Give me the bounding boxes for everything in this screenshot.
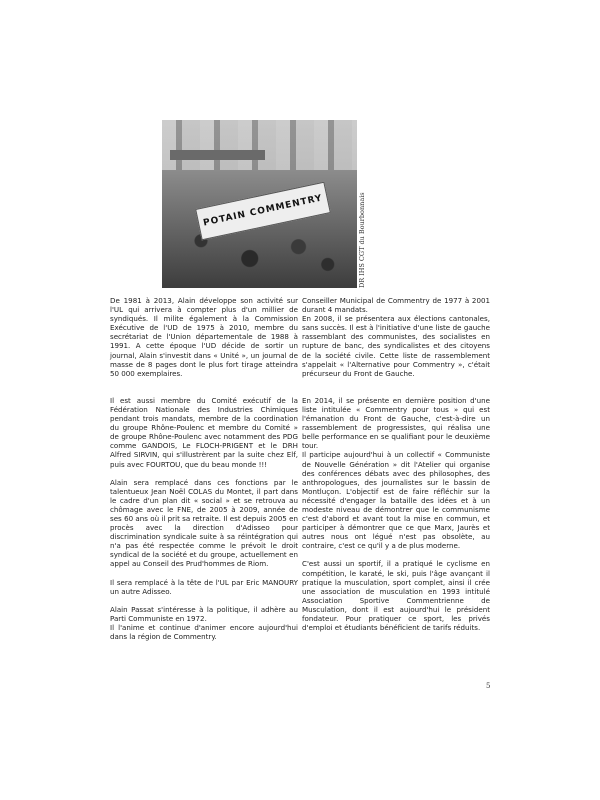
- photo-buildings: [162, 120, 357, 175]
- paragraph: Il sera remplacé à la tête de l'UL par E…: [110, 578, 298, 596]
- paragraph: En 2014, il se présente en dernière posi…: [302, 396, 490, 451]
- demonstration-photo: POTAIN COMMENTRY: [162, 120, 357, 288]
- photo-awning: [170, 150, 265, 160]
- paragraph: Conseiller Municipal de Commentry de 197…: [302, 296, 490, 314]
- paragraph: Alain Passat s'intéresse à la politique,…: [110, 605, 298, 623]
- paragraph: C'est aussi un sportif, il a pratiqué le…: [302, 559, 490, 632]
- photo-crowd: [162, 170, 357, 288]
- paragraph: En 2008, il se présentera aux élections …: [302, 314, 490, 378]
- paragraph: Il l'anime et continue d'animer encore a…: [110, 623, 298, 641]
- page-number: 5: [486, 682, 490, 690]
- right-column: Conseiller Municipal de Commentry de 197…: [302, 296, 490, 641]
- paragraph: De 1981 à 2013, Alain développe son acti…: [110, 296, 298, 378]
- paragraph: Il participe aujourd'hui à un collectif …: [302, 450, 490, 550]
- photo-caption: DR IHS CGT du Bourbonnais: [358, 188, 368, 288]
- paragraph: Il est aussi membre du Comité exécutif d…: [110, 396, 298, 469]
- left-column: De 1981 à 2013, Alain développe son acti…: [110, 296, 298, 650]
- paragraph: Alain sera remplacé dans ces fonctions p…: [110, 478, 298, 569]
